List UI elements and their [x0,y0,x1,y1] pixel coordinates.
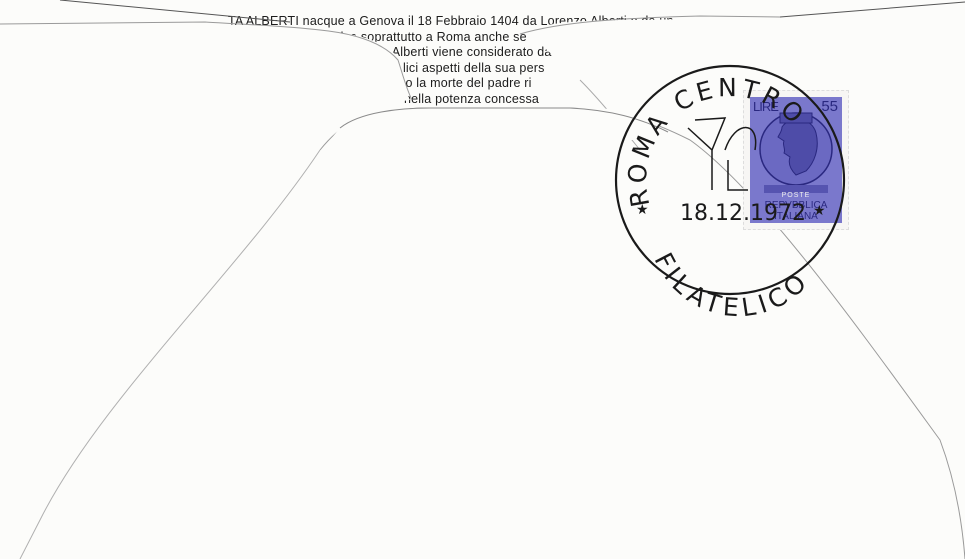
postmark-date: 18.12.1972 [680,201,806,226]
postmark-cancellation: ROMA CENTRO FILATELICO 18.12.1972 ★ ★ [0,0,965,559]
envelope-back: TA ALBERTI nacque a Genova il 18 Febbrai… [0,0,965,559]
postmark-bottom-text: FILATELICO [649,248,816,322]
star-icon: ★ [636,201,649,217]
postmark-top-text: ROMA CENTRO [623,73,812,209]
star-icon: ★ [813,202,826,218]
